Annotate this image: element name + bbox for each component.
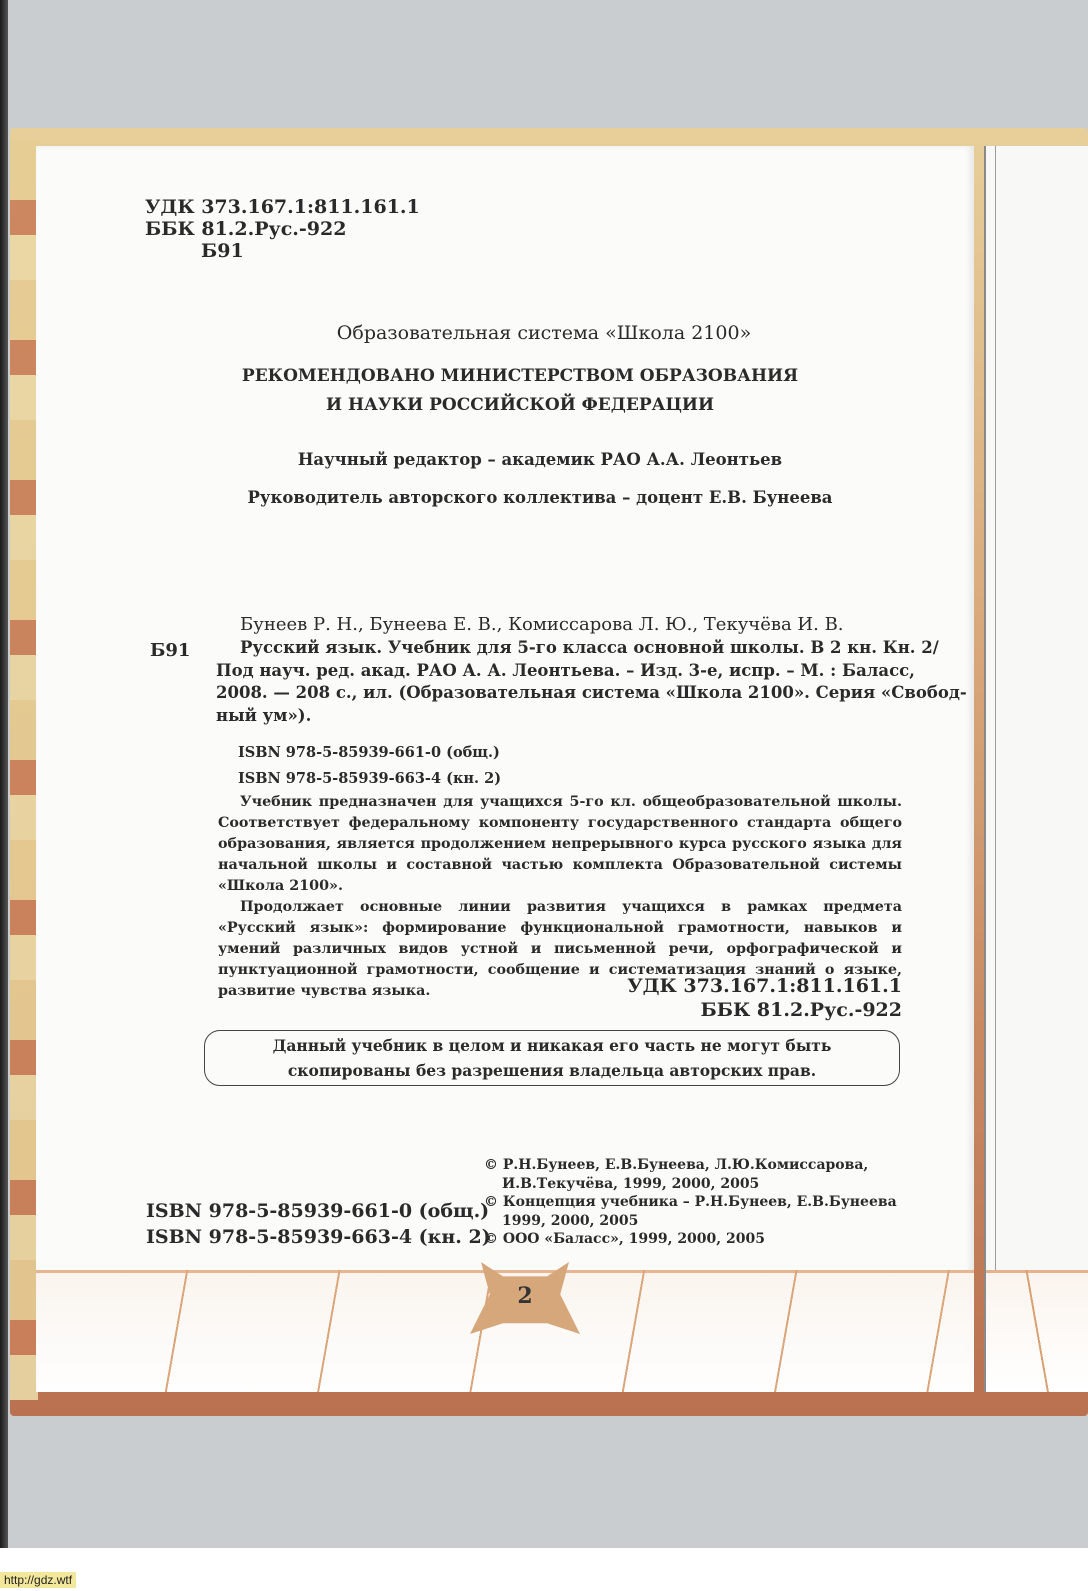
bbk-code: ББК 81.2.Рус.-922 — [145, 218, 420, 240]
biblio-line: ный ум»). — [216, 705, 902, 728]
book-description: Учебник предназначен для учащихся 5-го к… — [218, 792, 902, 1002]
bibliographic-entry: Бунеев Р. Н., Бунеева Е. В., Комиссарова… — [216, 613, 902, 727]
udk-code: УДК 373.167.1:811.161.1 — [560, 974, 902, 998]
catalog-code: Б91 — [150, 640, 190, 661]
recommendation-block: РЕКОМЕНДОВАНО МИНИСТЕРСТВОМ ОБРАЗОВАНИЯ … — [0, 362, 1040, 420]
copyright-list: © Р.Н.Бунеев, Е.В.Бунеева, Л.Ю.Комиссаро… — [484, 1156, 897, 1249]
copyright-notice-box: Данный учебник в целом и никакая его час… — [204, 1030, 900, 1086]
copyright-line: © Р.Н.Бунеев, Е.В.Бунеева, Л.Ю.Комиссаро… — [484, 1156, 897, 1175]
udk-footer: УДК 373.167.1:811.161.1 ББК 81.2.Рус.-92… — [560, 974, 902, 1022]
scan-margin — [0, 1548, 1088, 1591]
bbk-code: ББК 81.2.Рус.-922 — [560, 998, 902, 1022]
isbn-book: ISBN 978-5-85939-663-4 (кн. 2) — [238, 766, 501, 792]
description-paragraph: Учебник предназначен для учащихся 5-го к… — [218, 792, 902, 897]
system-title: Образовательная система «Школа 2100» — [0, 322, 1088, 344]
isbn-book: ISBN 978-5-85939-663-4 (кн. 2) — [146, 1224, 491, 1250]
scientific-editor: Научный редактор – академик РАО А.А. Лео… — [0, 450, 1080, 469]
page-number: 2 — [470, 1283, 580, 1309]
biblio-line: Русский язык. Учебник для 5-го класса ос… — [216, 637, 902, 660]
isbn-list: ISBN 978-5-85939-661-0 (общ.) ISBN 978-5… — [238, 740, 501, 792]
notice-line: Данный учебник в целом и никакая его час… — [205, 1033, 899, 1058]
notice-line: скопированы без разрешения владельца авт… — [205, 1058, 899, 1083]
copyright-line: 1999, 2000, 2005 — [484, 1212, 897, 1231]
team-head: Руководитель авторского коллектива – доц… — [0, 488, 1080, 507]
recommendation-line: РЕКОМЕНДОВАНО МИНИСТЕРСТВОМ ОБРАЗОВАНИЯ — [0, 362, 1040, 391]
udk-header: УДК 373.167.1:811.161.1 ББК 81.2.Рус.-92… — [145, 196, 420, 262]
udk-code: УДК 373.167.1:811.161.1 — [145, 196, 420, 218]
isbn-footer: ISBN 978-5-85939-661-0 (общ.) ISBN 978-5… — [146, 1198, 491, 1250]
biblio-line: 2008. — 208 с., ил. (Образовательная сис… — [216, 682, 902, 705]
authors: Бунеев Р. Н., Бунеева Е. В., Комиссарова… — [216, 613, 902, 637]
recommendation-line: И НАУКИ РОССИЙСКОЙ ФЕДЕРАЦИИ — [0, 391, 1040, 420]
copyright-line: © ООО «Баласс», 1999, 2000, 2005 — [484, 1230, 897, 1249]
isbn-general: ISBN 978-5-85939-661-0 (общ.) — [238, 740, 501, 766]
biblio-line: Под науч. ред. акад. РАО А. А. Леонтьева… — [216, 660, 902, 683]
author-mark: Б91 — [145, 240, 420, 262]
wood-footer-decoration-next — [986, 1270, 1088, 1392]
scan-edge — [0, 0, 8, 1591]
copyright-line: © Концепция учебника – Р.Н.Бунеев, Е.В.Б… — [484, 1193, 897, 1212]
isbn-general: ISBN 978-5-85939-661-0 (общ.) — [146, 1198, 491, 1224]
watermark-link[interactable]: http://gdz.wtf — [0, 1572, 76, 1588]
copyright-line: И.В.Текучёва, 1999, 2000, 2005 — [484, 1175, 897, 1194]
